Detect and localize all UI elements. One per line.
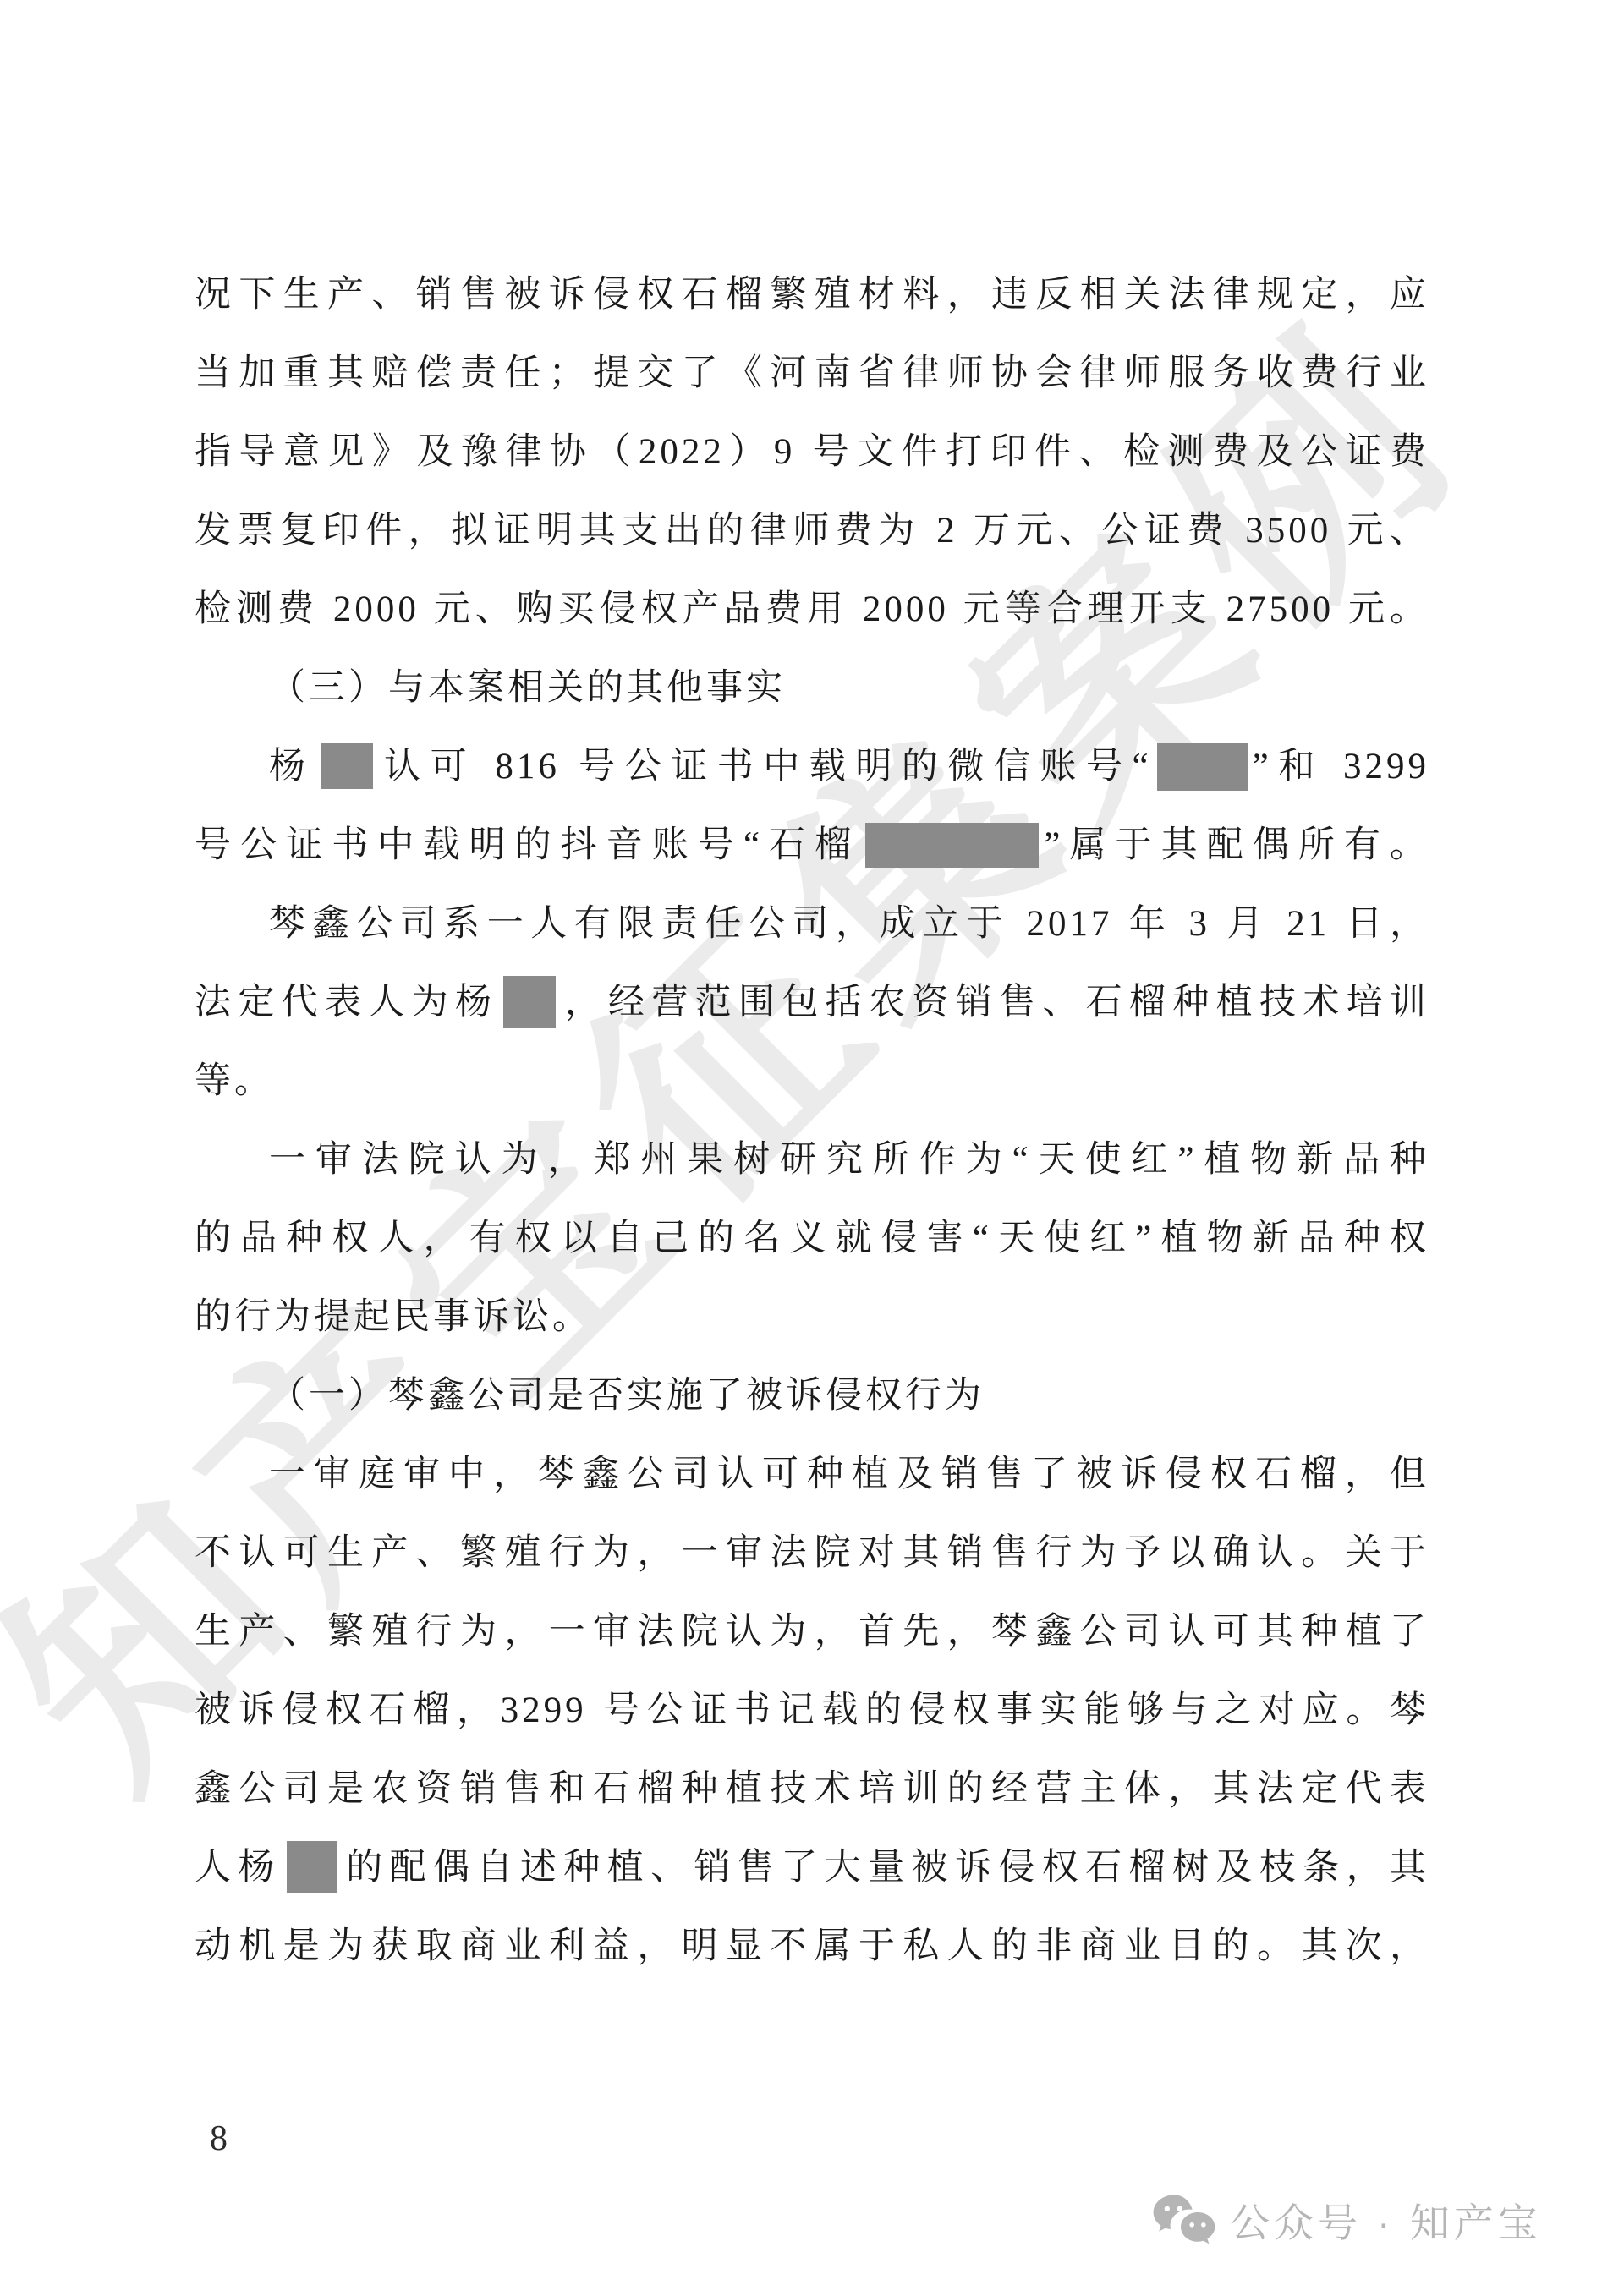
- text-segment: （三）与本案相关的其他事实: [269, 668, 786, 708]
- text-segment: 一审法院认为，郑州果树研究所作为“天使红”植物新品种: [269, 1140, 1429, 1180]
- redaction-box: [503, 976, 556, 1028]
- text-line: （三）与本案相关的其他事实: [195, 649, 1429, 727]
- text-segment: 等。: [195, 1061, 274, 1101]
- text-segment: 认可 816 号公证书中载明的微信账号“: [378, 747, 1152, 786]
- text-segment: 况下生产、销售被诉侵权石榴繁殖材料，违反相关法律规定，应: [195, 275, 1429, 315]
- text-segment: 动机是为获取商业利益，明显不属于私人的非商业目的。其次，: [195, 1926, 1429, 1966]
- document-page: 知产宝征集案例 况下生产、销售被诉侵权石榴繁殖材料，违反相关法律规定，应当加重其…: [0, 0, 1624, 2296]
- text-line: 鑫公司是农资销售和石榴种植技术培训的经营主体，其法定代表: [195, 1750, 1429, 1828]
- text-line: 生产、繁殖行为，一审法院认为，首先，棽鑫公司认可其种植了: [195, 1592, 1429, 1671]
- text-segment: 棽鑫公司系一人有限责任公司，成立于 2017 年 3 月 21 日，: [269, 904, 1429, 944]
- text-line: 被诉侵权石榴，3299 号公证书记载的侵权事实能够与之对应。棽: [195, 1671, 1429, 1750]
- text-segment: ，经营范围包括农资销售、石榴种植技术培训: [561, 983, 1429, 1022]
- text-line: 的品种权人，有权以自己的名义就侵害“天使红”植物新品种权: [195, 1199, 1429, 1278]
- redaction-box: [321, 743, 373, 789]
- text-line: 一审法院认为，郑州果树研究所作为“天使红”植物新品种: [195, 1121, 1429, 1199]
- text-line: 一审庭审中，棽鑫公司认可种植及销售了被诉侵权石榴，但: [195, 1435, 1429, 1514]
- redaction-box: [287, 1841, 337, 1893]
- wechat-icon: [1152, 2193, 1216, 2249]
- text-line: 检测费 2000 元、购买侵权产品费用 2000 元等合理开支 27500 元。: [195, 570, 1429, 649]
- text-segment: 法定代表人为杨: [195, 983, 498, 1022]
- redaction-box: [865, 823, 1039, 868]
- text-segment: 发票复印件，拟证明其支出的律师费为 2 万元、公证费 3500 元、: [195, 511, 1429, 551]
- text-segment: 检测费 2000 元、购买侵权产品费用 2000 元等合理开支 27500 元。: [195, 589, 1429, 629]
- text-line: 法定代表人为杨，经营范围包括农资销售、石榴种植技术培训: [195, 963, 1429, 1042]
- text-line: （一）棽鑫公司是否实施了被诉侵权行为: [195, 1356, 1429, 1435]
- text-line: 人杨的配偶自述种植、销售了大量被诉侵权石榴树及枝条，其: [195, 1828, 1429, 1907]
- redaction-box: [1157, 743, 1248, 791]
- text-line: 发票复印件，拟证明其支出的律师费为 2 万元、公证费 3500 元、: [195, 491, 1429, 570]
- text-line: 杨认可 816 号公证书中载明的微信账号“”和 3299: [195, 727, 1429, 806]
- text-segment: 鑫公司是农资销售和石榴种植技术培训的经营主体，其法定代表: [195, 1769, 1429, 1809]
- text-segment: 杨: [269, 747, 315, 786]
- text-line: 当加重其赔偿责任；提交了《河南省律师协会律师服务收费行业: [195, 334, 1429, 413]
- text-segment: 当加重其赔偿责任；提交了《河南省律师协会律师服务收费行业: [195, 353, 1429, 393]
- text-line: 等。: [195, 1042, 1429, 1121]
- text-segment: 指导意见》及豫律协（2022）9 号文件打印件、检测费及公证费: [195, 432, 1429, 472]
- text-segment: （一）棽鑫公司是否实施了被诉侵权行为: [269, 1376, 985, 1416]
- text-line: 的行为提起民事诉讼。: [195, 1278, 1429, 1356]
- text-segment: 生产、繁殖行为，一审法院认为，首先，棽鑫公司认可其种植了: [195, 1612, 1429, 1652]
- text-segment: 号公证书中载明的抖音账号“石榴: [195, 825, 860, 865]
- text-segment: 的配偶自述种植、销售了大量被诉侵权石榴树及枝条，其: [343, 1848, 1429, 1888]
- text-line: 况下生产、销售被诉侵权石榴繁殖材料，违反相关法律规定，应: [195, 255, 1429, 334]
- page-number: 8: [210, 2118, 228, 2159]
- text-segment: 的品种权人，有权以自己的名义就侵害“天使红”植物新品种权: [195, 1219, 1429, 1258]
- text-line: 指导意见》及豫律协（2022）9 号文件打印件、检测费及公证费: [195, 413, 1429, 491]
- text-line: 棽鑫公司系一人有限责任公司，成立于 2017 年 3 月 21 日，: [195, 885, 1429, 963]
- text-segment: ”和 3299: [1253, 747, 1429, 786]
- text-line: 不认可生产、繁殖行为，一审法院对其销售行为予以确认。关于: [195, 1514, 1429, 1592]
- text-segment: 不认可生产、繁殖行为，一审法院对其销售行为予以确认。关于: [195, 1533, 1429, 1573]
- document-body: 况下生产、销售被诉侵权石榴繁殖材料，违反相关法律规定，应当加重其赔偿责任；提交了…: [195, 255, 1429, 1986]
- text-segment: 被诉侵权石榴，3299 号公证书记载的侵权事实能够与之对应。棽: [195, 1690, 1429, 1730]
- footer: 公众号 · 知产宝: [1152, 2192, 1542, 2249]
- footer-wechat-label: 公众号 · 知产宝: [1230, 2192, 1542, 2249]
- text-line: 动机是为获取商业利益，明显不属于私人的非商业目的。其次，: [195, 1907, 1429, 1986]
- text-line: 号公证书中载明的抖音账号“石榴”属于其配偶所有。: [195, 806, 1429, 885]
- text-segment: ”属于其配偶所有。: [1044, 825, 1429, 865]
- text-segment: 的行为提起民事诉讼。: [195, 1297, 592, 1337]
- text-segment: 一审庭审中，棽鑫公司认可种植及销售了被诉侵权石榴，但: [269, 1455, 1429, 1494]
- text-segment: 人杨: [195, 1848, 282, 1888]
